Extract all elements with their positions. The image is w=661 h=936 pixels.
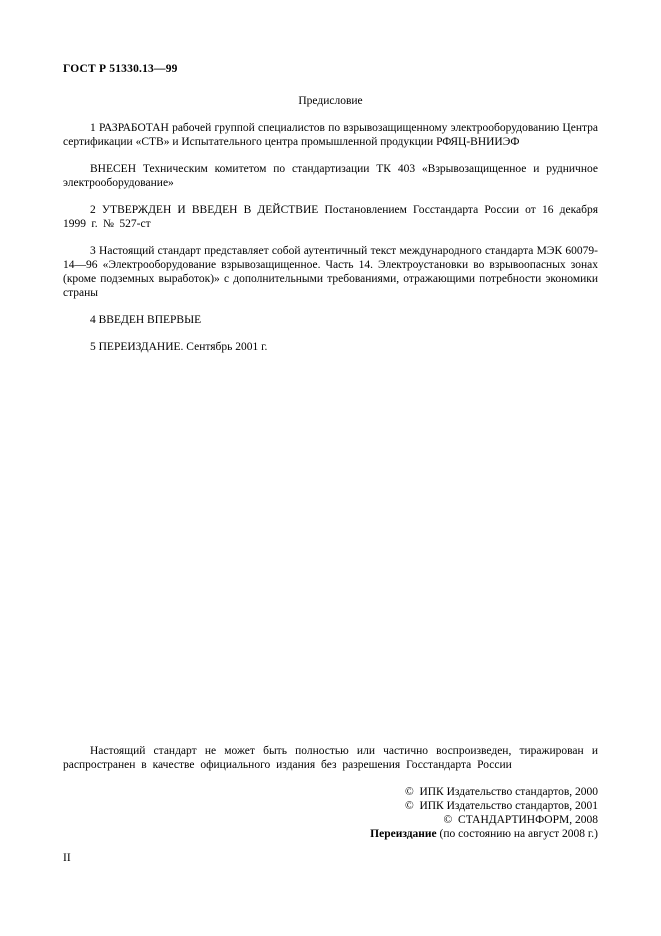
paragraph-reissue-2001: 5 ПЕРЕИЗДАНИЕ. Сентябрь 2001 г. <box>63 340 598 354</box>
page-number: II <box>63 851 71 865</box>
paragraph-developed: 1 РАЗРАБОТАН рабочей группой специалисто… <box>63 121 598 149</box>
standard-code: ГОСТ Р 51330.13—99 <box>63 62 598 76</box>
reissue-note: (по состоянию на август 2008 г.) <box>437 828 598 840</box>
paragraph-authentic-text: 3 Настоящий стандарт представляет собой … <box>63 244 598 300</box>
reissue-line: Переиздание (по состоянию на август 2008… <box>63 827 598 841</box>
document-page: ГОСТ Р 51330.13—99 Предисловие 1 РАЗРАБО… <box>0 0 661 936</box>
copyright-line-standartinform-2008: © СТАНДАРТИНФОРМ, 2008 <box>63 813 598 827</box>
paragraph-approved: 2 УТВЕРЖДЕН И ВВЕДЕН В ДЕЙСТВИЕ Постанов… <box>63 203 598 231</box>
page-title: Предисловие <box>63 94 598 108</box>
blank-area <box>63 354 598 731</box>
paragraph-submitted: ВНЕСЕН Техническим комитетом по стандарт… <box>63 162 598 190</box>
copyright-line-ipk-2000: © ИПК Издательство стандартов, 2000 <box>63 785 598 799</box>
reproduction-restriction-note: Настоящий стандарт не может быть полност… <box>63 744 598 772</box>
copyright-block: © ИПК Издательство стандартов, 2000 © ИП… <box>63 785 598 841</box>
copyright-line-ipk-2001: © ИПК Издательство стандартов, 2001 <box>63 799 598 813</box>
paragraph-first-introduced: 4 ВВЕДЕН ВПЕРВЫЕ <box>63 313 598 327</box>
reissue-label: Переиздание <box>370 828 437 840</box>
